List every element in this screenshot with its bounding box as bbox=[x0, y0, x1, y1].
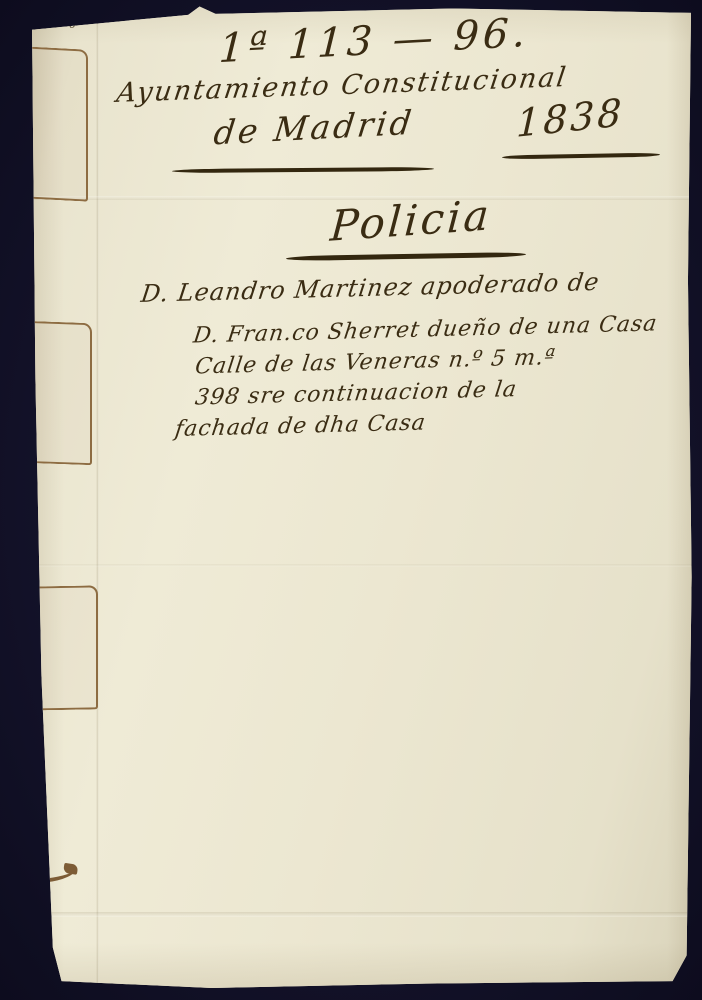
horizontal-crease-middle bbox=[24, 564, 694, 567]
manuscript-body: D. Leandro Martinez apoderado de D. Fran… bbox=[113, 264, 695, 446]
body-line: D. Leandro Martinez apoderado de bbox=[139, 264, 695, 310]
paper-edge-shading bbox=[24, 4, 694, 992]
horizontal-crease-bottom bbox=[24, 912, 694, 917]
folio-number-suffix: o bbox=[68, 17, 78, 31]
institution-underline bbox=[172, 167, 434, 173]
binding-stitch-mark-upper-middle bbox=[24, 321, 92, 465]
vertical-crease bbox=[96, 4, 99, 992]
folio-number: 773o bbox=[31, 8, 78, 34]
section-title: Policia bbox=[275, 186, 548, 254]
document-year: 1838 bbox=[516, 90, 626, 146]
binding-stitch-mark-top bbox=[24, 46, 88, 201]
section-title-underline bbox=[286, 252, 526, 261]
binding-thread-mark bbox=[23, 861, 77, 884]
folio-number-value: 773 bbox=[31, 9, 69, 31]
institution-name-line2: de Madrid bbox=[172, 101, 456, 155]
document-page: 773o 1ª 113 — 96. Ayuntamiento Constituc… bbox=[24, 4, 694, 992]
binding-stitch-mark-lower-middle bbox=[24, 585, 98, 710]
archive-backdrop: 773o 1ª 113 — 96. Ayuntamiento Constituc… bbox=[0, 0, 702, 1000]
year-underline bbox=[502, 153, 660, 160]
